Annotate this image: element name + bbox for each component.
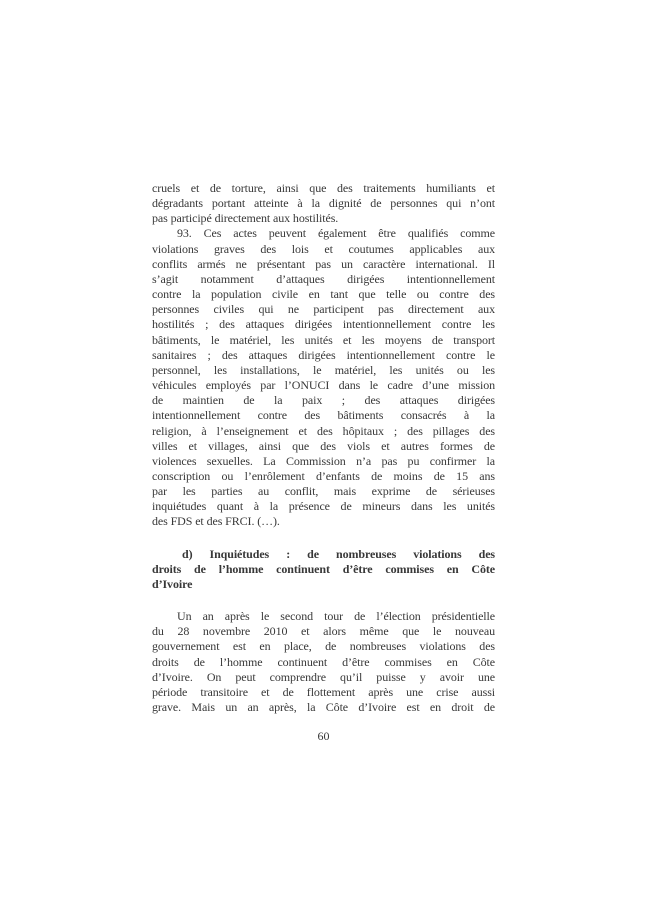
text-line: période transitoire et de flottement apr… <box>152 685 495 700</box>
text-line: droits de l’homme continuent d’être comm… <box>152 655 495 670</box>
document-page: cruels et de torture, ainsi que des trai… <box>0 0 650 920</box>
text-line: d’Ivoire. On peut comprendre qu’il puiss… <box>152 670 495 685</box>
text-line: droits de l’homme continuent d’être comm… <box>152 562 495 577</box>
text-line: du 28 novembre 2010 et alors même que le… <box>152 624 495 639</box>
text-line: des FDS et des FRCI. (…). <box>152 514 495 529</box>
text-line: conflits armés ne présentant pas un cara… <box>152 257 495 272</box>
text-line: contre la population civile en tant que … <box>152 287 495 302</box>
text-line: cruels et de torture, ainsi que des trai… <box>152 181 495 196</box>
text-line: grave. Mais un an après, la Côte d’Ivoir… <box>152 700 495 715</box>
text-line: d) Inquiétudes : de nombreuses violation… <box>152 547 495 562</box>
text-line: de maintien de la paix ; des attaques di… <box>152 393 495 408</box>
text-line: violations graves des lois et coutumes a… <box>152 242 495 257</box>
text-line: s’agit notamment d’attaques dirigées int… <box>152 272 495 287</box>
text-line: 93. Ces actes peuvent également être qua… <box>152 226 495 241</box>
paragraph-93: 93. Ces actes peuvent également être qua… <box>152 226 495 529</box>
text-line: religion, à l’enseignement et des hôpita… <box>152 424 495 439</box>
text-column: cruels et de torture, ainsi que des trai… <box>152 181 495 744</box>
page-number: 60 <box>152 729 495 744</box>
text-line: par les parties au conflit, mais exprime… <box>152 484 495 499</box>
text-line: Un an après le second tour de l’élection… <box>152 609 495 624</box>
text-line: conscription ou l’enrôlement d’enfants d… <box>152 469 495 484</box>
text-line: villes et villages, ainsi que des viols … <box>152 439 495 454</box>
text-line: d’Ivoire <box>152 577 495 592</box>
text-line: sanitaires ; des attaques dirigées inten… <box>152 348 495 363</box>
text-line: personnel, les installations, le matérie… <box>152 363 495 378</box>
text-line: pas participé directement aux hostilités… <box>152 211 495 226</box>
text-line: gouvernement est en place, de nombreuses… <box>152 639 495 654</box>
text-line: véhicules employés par l’ONUCI dans le c… <box>152 378 495 393</box>
text-line: personnes civiles qui ne participent pas… <box>152 302 495 317</box>
text-line: bâtiments, le matériel, les unités et le… <box>152 333 495 348</box>
paragraph-continuation: cruels et de torture, ainsi que des trai… <box>152 181 495 226</box>
heading-d: d) Inquiétudes : de nombreuses violation… <box>152 547 495 592</box>
text-line: inquiétudes quant à la présence de mineu… <box>152 499 495 514</box>
text-line: intentionnellement contre des bâtiments … <box>152 408 495 423</box>
text-line: violences sexuelles. La Commission n’a p… <box>152 454 495 469</box>
text-line: dégradants portant atteinte à la dignité… <box>152 196 495 211</box>
paragraph-un-an-apres: Un an après le second tour de l’élection… <box>152 609 495 715</box>
text-line: hostilités ; des attaques dirigées inten… <box>152 317 495 332</box>
